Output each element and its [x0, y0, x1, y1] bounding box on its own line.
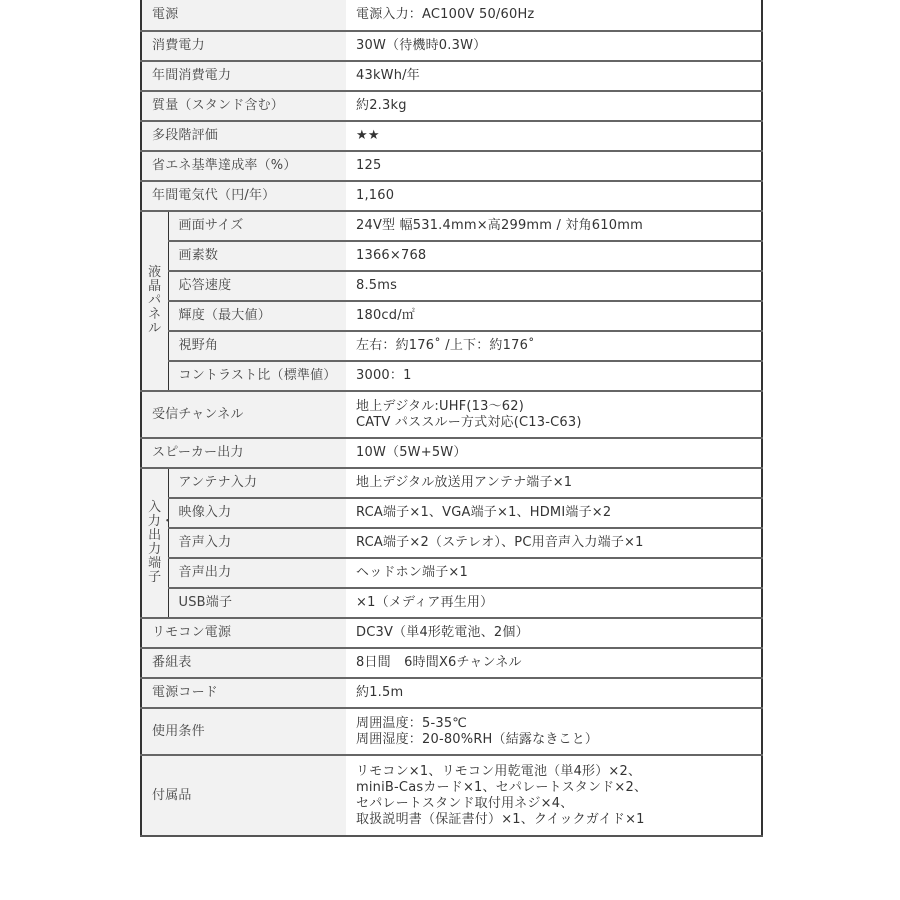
spec-row-response-time: 応答速度 8.5ms	[141, 271, 762, 301]
spec-label: 輝度（最大値）	[168, 301, 346, 331]
spec-label: 音声出力	[168, 558, 346, 588]
spec-value-line: miniB-Casカード×1、セパレートスタンド×2、	[356, 780, 761, 796]
spec-value: 24V型 幅531.4mm×高299mm / 対角610mm	[346, 211, 762, 241]
spec-row-energy-rate: 省エネ基準達成率（%） 125	[141, 151, 762, 181]
spec-row-speaker: スピーカー出力 10W（5W+5W）	[141, 438, 762, 468]
spec-label: 省エネ基準達成率（%）	[141, 151, 346, 181]
spec-label: 画素数	[168, 241, 346, 271]
spec-row-pixels: 画素数 1366×768	[141, 241, 762, 271]
spec-value: 1366×768	[346, 241, 762, 271]
spec-label: 映像入力	[168, 498, 346, 528]
spec-value: 180cd/㎡	[346, 301, 762, 331]
spec-value: 43kWh/年	[346, 61, 762, 91]
spec-value: 3000：1	[346, 361, 762, 391]
spec-value: 周囲温度：5-35℃ 周囲湿度：20-80%RH（結露なきこと）	[346, 708, 762, 755]
spec-value: 1,160	[346, 181, 762, 211]
spec-row-video-input: 映像入力 RCA端子×1、VGA端子×1、HDMI端子×2	[141, 498, 762, 528]
spec-value-line: リモコン×1、リモコン用乾電池（単4形）×2、	[356, 764, 761, 780]
spec-row-antenna-input: 入力・出力端子 アンテナ入力 地上デジタル放送用アンテナ端子×1	[141, 468, 762, 498]
spec-row-weight: 質量（スタンド含む） 約2.3kg	[141, 91, 762, 121]
spec-value: 電源入力：AC100V 50/60Hz	[346, 0, 762, 31]
spec-value-line: セパレートスタンド取付用ネジ×4、	[356, 796, 761, 812]
spec-label: 電源コード	[141, 678, 346, 708]
spec-label: コントラスト比（標準値）	[168, 361, 346, 391]
spec-row-contrast: コントラスト比（標準値） 3000：1	[141, 361, 762, 391]
spec-row-screen-size: 液晶パネル 画面サイズ 24V型 幅531.4mm×高299mm / 対角610…	[141, 211, 762, 241]
spec-label: 使用条件	[141, 708, 346, 755]
spec-value-line: 取扱説明書（保証書付）×1、クイックガイド×1	[356, 812, 761, 828]
spec-value: 約2.3kg	[346, 91, 762, 121]
spec-row-viewing-angle: 視野角 左右：約176˚ /上下：約176˚	[141, 331, 762, 361]
spec-row-reception-channel: 受信チャンネル 地上デジタル:UHF(13～62) CATV パススルー方式対応…	[141, 391, 762, 438]
spec-value: 8.5ms	[346, 271, 762, 301]
spec-row-remote-power: リモコン電源 DC3V（単4形乾電池、2個）	[141, 618, 762, 648]
spec-label: 消費電力	[141, 31, 346, 61]
spec-value: 30W（待機時0.3W）	[346, 31, 762, 61]
star-rating: ★★	[346, 121, 762, 151]
spec-value: RCA端子×1、VGA端子×1、HDMI端子×2	[346, 498, 762, 528]
spec-label: 番組表	[141, 648, 346, 678]
spec-row-power-cord: 電源コード 約1.5m	[141, 678, 762, 708]
spec-row-program-guide: 番組表 8日間 6時間X6チャンネル	[141, 648, 762, 678]
spec-row-operating-conditions: 使用条件 周囲温度：5-35℃ 周囲湿度：20-80%RH（結露なきこと）	[141, 708, 762, 755]
spec-row-accessories: 付属品 リモコン×1、リモコン用乾電池（単4形）×2、 miniB-Casカード…	[141, 755, 762, 836]
spec-label: スピーカー出力	[141, 438, 346, 468]
spec-value-line: CATV パススルー方式対応(C13-C63)	[356, 415, 761, 431]
spec-row-electricity-cost: 年間電気代（円/年） 1,160	[141, 181, 762, 211]
spec-label: 多段階評価	[141, 121, 346, 151]
spec-label: 受信チャンネル	[141, 391, 346, 438]
spec-row-rating: 多段階評価 ★★	[141, 121, 762, 151]
spec-label: 質量（スタンド含む）	[141, 91, 346, 121]
spec-value: 10W（5W+5W）	[346, 438, 762, 468]
spec-value: 8日間 6時間X6チャンネル	[346, 648, 762, 678]
spec-label: アンテナ入力	[168, 468, 346, 498]
spec-label: 付属品	[141, 755, 346, 836]
spec-label: USB端子	[168, 588, 346, 618]
spec-value-line: 周囲湿度：20-80%RH（結露なきこと）	[356, 732, 761, 748]
spec-row-audio-output: 音声出力 ヘッドホン端子×1	[141, 558, 762, 588]
spec-value: RCA端子×2（ステレオ）、PC用音声入力端子×1	[346, 528, 762, 558]
spec-label: 音声入力	[168, 528, 346, 558]
spec-value: ヘッドホン端子×1	[346, 558, 762, 588]
spec-value-line: 周囲温度：5-35℃	[356, 716, 761, 732]
spec-label: リモコン電源	[141, 618, 346, 648]
spec-label: 年間消費電力	[141, 61, 346, 91]
spec-label: 年間電気代（円/年）	[141, 181, 346, 211]
spec-label: 応答速度	[168, 271, 346, 301]
spec-row-power: 電源 電源入力：AC100V 50/60Hz	[141, 0, 762, 31]
spec-label: 電源	[141, 0, 346, 31]
spec-row-audio-input: 音声入力 RCA端子×2（ステレオ）、PC用音声入力端子×1	[141, 528, 762, 558]
spec-row-power-consumption: 消費電力 30W（待機時0.3W）	[141, 31, 762, 61]
spec-value: 約1.5m	[346, 678, 762, 708]
spec-label: 視野角	[168, 331, 346, 361]
spec-value-line: 地上デジタル:UHF(13～62)	[356, 399, 761, 415]
spec-table: 電源 電源入力：AC100V 50/60Hz 消費電力 30W（待機時0.3W）…	[140, 0, 763, 837]
spec-row-usb: USB端子 ×1（メディア再生用）	[141, 588, 762, 618]
group-label-io-terminals: 入力・出力端子	[141, 468, 168, 618]
spec-value: DC3V（単4形乾電池、2個）	[346, 618, 762, 648]
spec-value: 左右：約176˚ /上下：約176˚	[346, 331, 762, 361]
spec-row-brightness: 輝度（最大値） 180cd/㎡	[141, 301, 762, 331]
spec-row-annual-consumption: 年間消費電力 43kWh/年	[141, 61, 762, 91]
spec-value: 地上デジタル放送用アンテナ端子×1	[346, 468, 762, 498]
spec-value: 125	[346, 151, 762, 181]
group-label-lcd-panel: 液晶パネル	[141, 211, 168, 391]
spec-value: ×1（メディア再生用）	[346, 588, 762, 618]
spec-value: 地上デジタル:UHF(13～62) CATV パススルー方式対応(C13-C63…	[346, 391, 762, 438]
spec-label: 画面サイズ	[168, 211, 346, 241]
spec-value: リモコン×1、リモコン用乾電池（単4形）×2、 miniB-Casカード×1、セ…	[346, 755, 762, 836]
